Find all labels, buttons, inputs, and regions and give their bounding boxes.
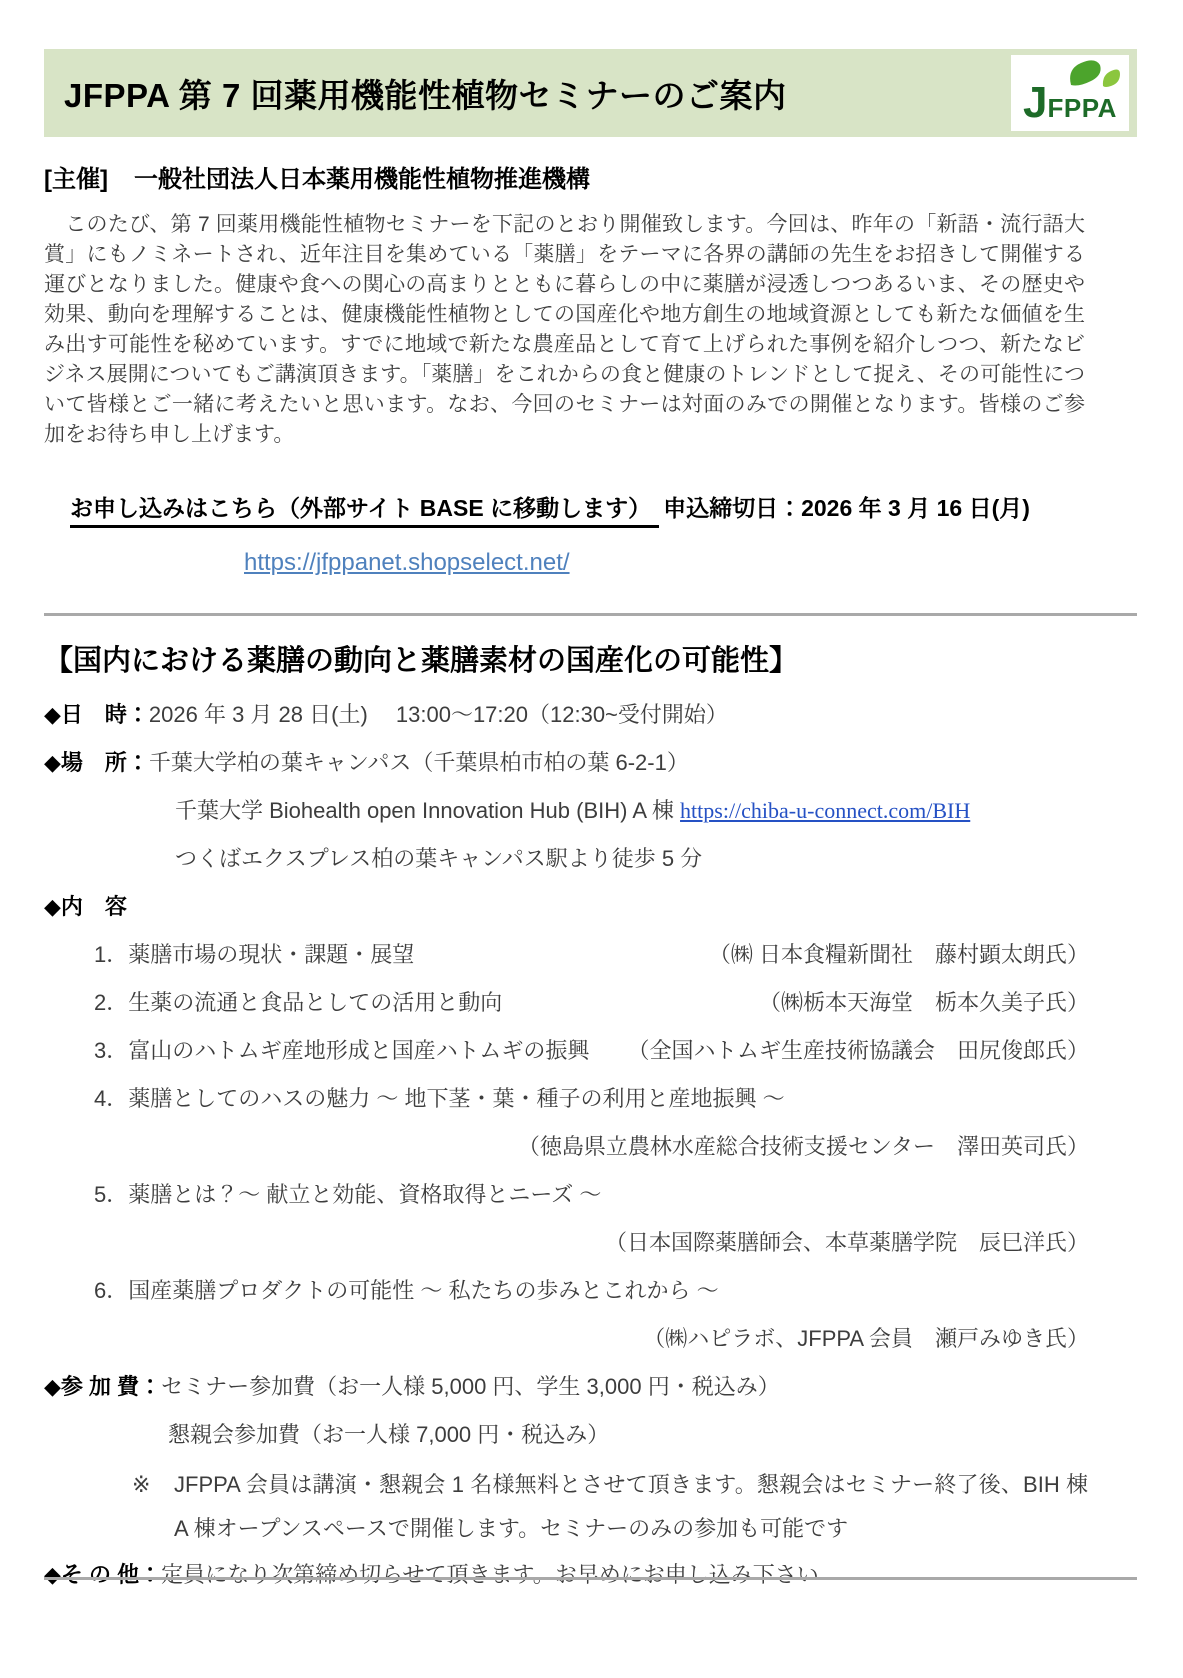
agenda-item-4-credit: （徳島県立農林水産総合技術支援センター 澤田英司氏） [44, 1123, 1137, 1171]
agenda-item-6: 6．国産薬膳プロダクトの可能性 ～ 私たちの歩みとこれから ～ [44, 1267, 1137, 1315]
agenda-header-row: ◆内 容 [44, 883, 1137, 931]
member-note: ※ JFPPA 会員は講演・懇親会 1 名様無料とさせて頂きます。懇親会はセミナ… [44, 1463, 1088, 1551]
agenda-item-4: 4．薬膳としてのハスの魅力 ～ 地下茎・葉・種子の利用と産地振興 ～ [44, 1075, 1137, 1123]
application-row: お申し込みはこちら（外部サイト BASE に移動します）申込締切日：2026 年… [70, 490, 1137, 523]
agenda-item-text: 薬膳としてのハスの魅力 ～ 地下茎・葉・種子の利用と産地振興 ～ [128, 1086, 784, 1111]
host-name: 一般社団法人日本薬用機能性植物推進機構 [134, 166, 590, 193]
agenda-item-title: 2．生薬の流通と食品としての活用と動向 [94, 979, 502, 1027]
date-label: ◆日 時： [44, 702, 149, 727]
other-value: 定員になり次第締め切らせて頂きます。お早めにお申し込み下さい [161, 1562, 819, 1587]
agenda-item-6-credit: （㈱ハピラボ、JFPPA 会員 瀬戸みゆき氏） [44, 1315, 1137, 1363]
fee-row-2: 懇親会参加費（お一人様 7,000 円・税込み） [44, 1411, 1137, 1459]
date-row: ◆日 時：2026 年 3 月 28 日(土) 13:00～17:20（12:3… [44, 691, 1137, 739]
section-divider-top [44, 613, 1137, 616]
agenda-item-text: 富山のハトムギ産地形成と国産ハトムギの振興 [128, 1038, 589, 1063]
note-marker: ※ [132, 1463, 150, 1507]
agenda-item-5: 5．薬膳とは？～ 献立と効能、資格取得とニーズ ～ [44, 1171, 1137, 1219]
fee-line1: セミナー参加費（お一人様 5,000 円、学生 3,000 円・税込み） [161, 1374, 780, 1399]
place-value: 千葉大学柏の葉キャンパス（千葉県柏市柏の葉 6-2-1） [149, 750, 689, 775]
venue-name: 千葉大学 Biohealth open Innovation Hub (BIH)… [175, 798, 680, 823]
logo-letters-fppa: FPPA [1048, 93, 1117, 124]
fee-label: ◆参 加 費： [44, 1374, 161, 1399]
date-value: 2026 年 3 月 28 日(土) 13:00～17:20（12:30~受付開… [149, 702, 728, 727]
logo-letter-j: J [1023, 85, 1047, 120]
agenda-item-credit: （㈱ 日本食糧新聞社 藤村顕太朗氏） [709, 931, 1089, 979]
agenda-item-title: 5．薬膳とは？～ 献立と効能、資格取得とニーズ ～ [94, 1171, 601, 1219]
host-line: [主催]一般社団法人日本薬用機能性植物推進機構 [44, 159, 1137, 194]
note-text: JFPPA 会員は講演・懇親会 1 名様無料とさせて頂きます。懇親会はセミナー終… [174, 1472, 1088, 1541]
agenda-item-number: 4． [94, 1086, 128, 1111]
application-link[interactable]: お申し込みはこちら（外部サイト BASE に移動します） [70, 495, 659, 528]
seminar-title: 【国内における薬膳の動向と薬膳素材の国産化の可能性】 [44, 638, 1137, 679]
intro-paragraph: このたび、第 7 回薬用機能性植物セミナーを下記のとおり開催致します。今回は、昨… [44, 210, 1085, 450]
page-title: JFPPA 第 7 回薬用機能性植物セミナーのご案内 [64, 70, 787, 117]
agenda-item-title: 6．国産薬膳プロダクトの可能性 ～ 私たちの歩みとこれから ～ [94, 1267, 719, 1315]
agenda-item-3: 3．富山のハトムギ産地形成と国産ハトムギの振興 （全国ハトムギ生産技術協議会 田… [44, 1027, 1137, 1075]
fee-row: ◆参 加 費：セミナー参加費（お一人様 5,000 円、学生 3,000 円・税… [44, 1363, 1137, 1411]
access-row: つくばエクスプレス柏の葉キャンパス駅より徒歩 5 分 [44, 835, 1137, 883]
agenda-item-credit: （全国ハトムギ生産技術協議会 田尻俊郎氏） [627, 1027, 1089, 1075]
agenda-item-credit: （㈱栃本天海堂 栃本久美子氏） [759, 979, 1089, 1027]
header-banner: JFPPA 第 7 回薬用機能性植物セミナーのご案内 JFPPA [44, 49, 1137, 137]
shop-url-row: https://jfppanet.shopselect.net/ [244, 549, 1137, 577]
agenda-item-number: 2． [94, 990, 128, 1015]
leaf-icon [1065, 59, 1121, 89]
agenda-item-2: 2．生薬の流通と食品としての活用と動向 （㈱栃本天海堂 栃本久美子氏） [44, 979, 1137, 1027]
agenda-item-1: 1．薬膳市場の現状・課題・展望 （㈱ 日本食糧新聞社 藤村顕太朗氏） [44, 931, 1137, 979]
venue-row: 千葉大学 Biohealth open Innovation Hub (BIH)… [44, 787, 1137, 835]
other-label: ◆そ の 他： [44, 1562, 161, 1587]
agenda-label: ◆内 容 [44, 894, 127, 919]
other-row: ◆そ の 他：定員になり次第締め切らせて頂きます。お早めにお申し込み下さい [44, 1551, 1137, 1599]
access-text: つくばエクスプレス柏の葉キャンパス駅より徒歩 5 分 [175, 846, 702, 871]
agenda-item-text: 国産薬膳プロダクトの可能性 ～ 私たちの歩みとこれから ～ [128, 1278, 718, 1303]
agenda-item-number: 6． [94, 1278, 128, 1303]
agenda-item-title: 1．薬膳市場の現状・課題・展望 [94, 931, 414, 979]
application-deadline: 申込締切日：2026 年 3 月 16 日(月) [663, 495, 1030, 521]
place-label: ◆場 所： [44, 750, 149, 775]
agenda-item-number: 5． [94, 1182, 128, 1207]
venue-url-link[interactable]: https://chiba-u-connect.com/BIH [680, 798, 970, 823]
jfppa-logo: JFPPA [1011, 55, 1129, 131]
shop-url-link[interactable]: https://jfppanet.shopselect.net/ [244, 549, 570, 576]
agenda-item-title: 4．薬膳としてのハスの魅力 ～ 地下茎・葉・種子の利用と産地振興 ～ [94, 1075, 785, 1123]
agenda-item-text: 薬膳市場の現状・課題・展望 [128, 942, 414, 967]
fee-line2: 懇親会参加費（お一人様 7,000 円・税込み） [168, 1422, 609, 1447]
agenda-item-title: 3．富山のハトムギ産地形成と国産ハトムギの振興 [94, 1027, 589, 1075]
agenda-item-text: 生薬の流通と食品としての活用と動向 [128, 990, 502, 1015]
section-divider-bottom [44, 1577, 1137, 1580]
agenda-item-5-credit: （日本国際薬膳師会、本草薬膳学院 辰巳洋氏） [44, 1219, 1137, 1267]
agenda-item-number: 1． [94, 942, 128, 967]
agenda-item-text: 薬膳とは？～ 献立と効能、資格取得とニーズ ～ [128, 1182, 601, 1207]
agenda-item-number: 3． [94, 1038, 128, 1063]
seminar-flyer-page: JFPPA 第 7 回薬用機能性植物セミナーのご案内 JFPPA [主催]一般社… [0, 0, 1183, 1678]
host-label: [主催] [44, 166, 108, 193]
place-row: ◆場 所：千葉大学柏の葉キャンパス（千葉県柏市柏の葉 6-2-1） [44, 739, 1137, 787]
